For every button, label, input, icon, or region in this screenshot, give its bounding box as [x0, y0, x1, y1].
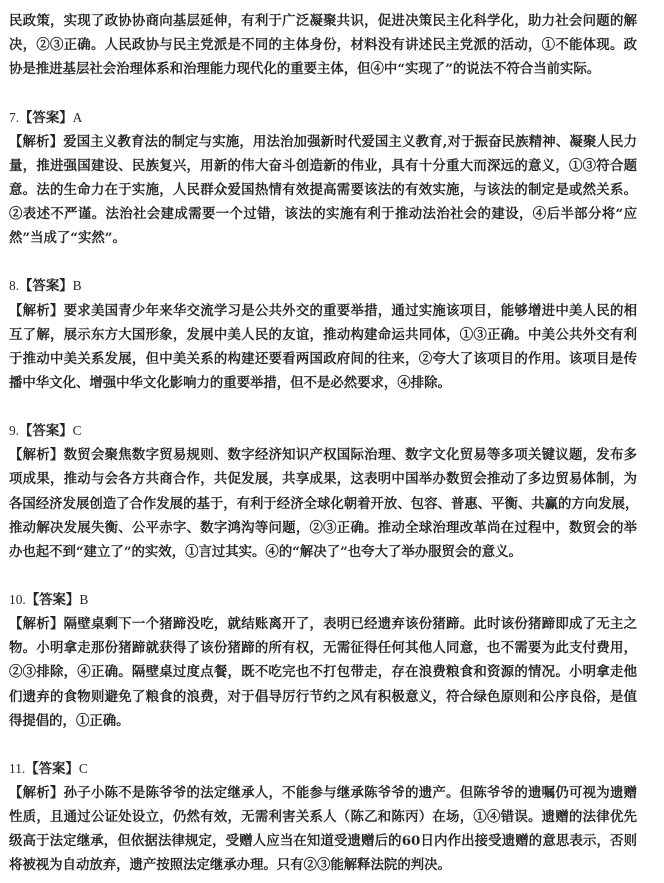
- section-gap: [9, 250, 637, 274]
- question-number: 8.: [9, 278, 19, 293]
- analysis-line: 【解析】要求美国青少年来华交流学习是公共外交的重要举措，通过实施该项目，能够增进…: [9, 299, 637, 323]
- text-line: 办也起不到“建立了”的实效，①言过其实。④的“解决了”也夸大了举办服贸会的意义。: [9, 540, 637, 564]
- answer-line: 9.【答案】C: [9, 419, 637, 443]
- analysis-text: 要求美国青少年来华交流学习是公共外交的重要举措，通过实施该项目，能够增进中美人民…: [64, 303, 637, 319]
- question-9: 9.【答案】C 【解析】数贸会聚焦数字贸易规则、数字经济知识产权国际治理、数字文…: [9, 419, 637, 564]
- analysis-text: 孙子小陈不是陈爷爷的法定继承人，不能参与继承陈爷爷的遗产。但陈爷爷的遗嘱仍可视为…: [64, 785, 637, 801]
- question-number: 11.: [9, 761, 25, 776]
- text-line: 性质，且通过公证处设立，仍然有效，无需利害关系人（陈乙和陈丙）在场，①④错误。遗…: [9, 805, 637, 829]
- text-line: ②表述不严谨。法治社会建成需要一个过错，该法的实施有利于推动法治社会的建设，④后…: [9, 202, 637, 226]
- answer-value: B: [79, 592, 88, 607]
- analysis-line: 【解析】隔壁桌剩下一个猪蹄没吃，就结账离开了，表明已经遗弃该份猪蹄。此时该份猪蹄…: [9, 612, 637, 636]
- text-line: 们遗弃的食物则避免了粮食的浪费，对于倡导厉行节约之风有积极意义，符合绿色原则和公…: [9, 685, 637, 709]
- answer-label: 【答案】: [19, 423, 73, 439]
- answer-label: 【答案】: [19, 110, 73, 126]
- answer-key-page: 民政策，实现了政协协商向基层延伸，有利于广泛凝聚共识，促进决策民主化科学化，助力…: [0, 0, 637, 878]
- question-number: 10.: [9, 592, 26, 607]
- question-7: 7.【答案】A 【解析】爱国主义教育法的制定与实施，用法治加强新时代爱国主义教育…: [9, 106, 637, 251]
- answer-label: 【答案】: [19, 278, 73, 294]
- question-11: 11.【答案】C 【解析】孙子小陈不是陈爷爷的法定继承人，不能参与继承陈爷爷的遗…: [9, 757, 637, 878]
- answer-line: 7.【答案】A: [9, 106, 637, 130]
- answer-value: A: [73, 110, 83, 125]
- text-line: 得提倡的，①正确。: [9, 709, 637, 733]
- text-line: 将被视为自动放弃，遗产按照法定继承办理。只有②③能解释法院的判决。: [9, 853, 637, 877]
- text-line: 意。法的生命力在于实施，人民群众爱国热情有效提高需要该法的有效实施，与该法的制定…: [9, 178, 637, 202]
- text-line: 推动解决发展失衡、公平赤字、数字鸿沟等问题，②③正确。推动全球治理改革尚在过程中…: [9, 516, 637, 540]
- analysis-line: 【解析】爱国主义教育法的制定与实施，用法治加强新时代爱国主义教育,对于振奋民族精…: [9, 130, 637, 154]
- answer-label: 【答案】: [26, 592, 80, 608]
- analysis-text: 数贸会聚焦数字贸易规则、数字经济知识产权国际治理、数字文化贸易等多项关键议题，发…: [64, 447, 637, 463]
- question-number: 7.: [9, 110, 19, 125]
- text-line: 项成果，推动与会各方共商合作，共促发展，共享成果，这表明中国举办数贸会推动了多边…: [9, 467, 637, 491]
- answer-line: 10.【答案】B: [9, 588, 637, 612]
- text-line: 然”当成了“实然”。: [9, 226, 637, 250]
- answer-line: 8.【答案】B: [9, 274, 637, 298]
- question-8: 8.【答案】B 【解析】要求美国青少年来华交流学习是公共外交的重要举措，通过实施…: [9, 274, 637, 395]
- answer-value: B: [73, 278, 82, 293]
- question-number: 9.: [9, 423, 19, 438]
- analysis-line: 【解析】孙子小陈不是陈爷爷的法定继承人，不能参与继承陈爷爷的遗产。但陈爷爷的遗嘱…: [9, 781, 637, 805]
- text-line: 决，②③正确。人民政协与民主党派是不同的主体身份，材料没有讲述民主党派的活动，①…: [9, 33, 637, 57]
- text-line: ②③排除，④正确。隔壁桌过度点餐，既不吃完也不打包带走，存在浪费粮食和资源的情况…: [9, 660, 637, 684]
- section-gap: [9, 81, 637, 105]
- section-gap: [9, 564, 637, 588]
- analysis-text: 爱国主义教育法的制定与实施，用法治加强新时代爱国主义教育,对于振奋民族精神、凝聚…: [63, 134, 637, 150]
- text-line: 量，推进强国建设、民族复兴，用新的伟大奋斗创造新的伟业，具有十分重大而深远的意义…: [9, 154, 637, 178]
- analysis-label: 【解析】: [9, 303, 64, 319]
- text-line: 播中华文化、增强中华文化影响力的重要举措，但不是必然要求，④排除。: [9, 371, 637, 395]
- answer-label: 【答案】: [25, 761, 79, 777]
- analysis-label: 【解析】: [9, 616, 64, 632]
- section-gap: [9, 395, 637, 419]
- section-gap: [9, 733, 637, 757]
- analysis-text: 隔壁桌剩下一个猪蹄没吃，就结账离开了，表明已经遗弃该份猪蹄。此时该份猪蹄即成了无…: [64, 616, 637, 632]
- text-line: 互了解，展示东方大国形象，发展中美人民的友谊，推动构建命运共同体，①③正确。中美…: [9, 323, 637, 347]
- analysis-label: 【解析】: [9, 134, 63, 150]
- text-line: 物。小明拿走那份猪蹄就获得了该份猪蹄的所有权，无需征得任何其他人同意，也不需要为…: [9, 636, 637, 660]
- text-line: 于推动中美关系发展，但中美关系的构建还要看两国政府间的往来，②夸大了该项目的作用…: [9, 347, 637, 371]
- analysis-label: 【解析】: [9, 447, 64, 463]
- analysis-line: 【解析】数贸会聚焦数字贸易规则、数字经济知识产权国际治理、数字文化贸易等多项关键…: [9, 443, 637, 467]
- text-line: 级高于法定继承，但依据法律规定，受赠人应当在知道受遗赠后的60日内作出接受遗赠的…: [9, 829, 637, 853]
- answer-value: C: [79, 761, 88, 776]
- text-line: 民政策，实现了政协协商向基层延伸，有利于广泛凝聚共识，促进决策民主化科学化，助力…: [9, 9, 637, 33]
- text-line: 协是推进基层社会治理体系和治理能力现代化的重要主体，但④中“实现了”的说法不符合…: [9, 57, 637, 81]
- answer-line: 11.【答案】C: [9, 757, 637, 781]
- answer-value: C: [73, 423, 82, 438]
- intro-continuation: 民政策，实现了政协协商向基层延伸，有利于广泛凝聚共识，促进决策民主化科学化，助力…: [9, 9, 637, 81]
- analysis-label: 【解析】: [9, 785, 64, 801]
- question-10: 10.【答案】B 【解析】隔壁桌剩下一个猪蹄没吃，就结账离开了，表明已经遗弃该份…: [9, 588, 637, 733]
- text-line: 各国经济发展创造了合作发展的基于，有利于经济全球化朝着开放、包容、普惠、平衡、共…: [9, 492, 637, 516]
